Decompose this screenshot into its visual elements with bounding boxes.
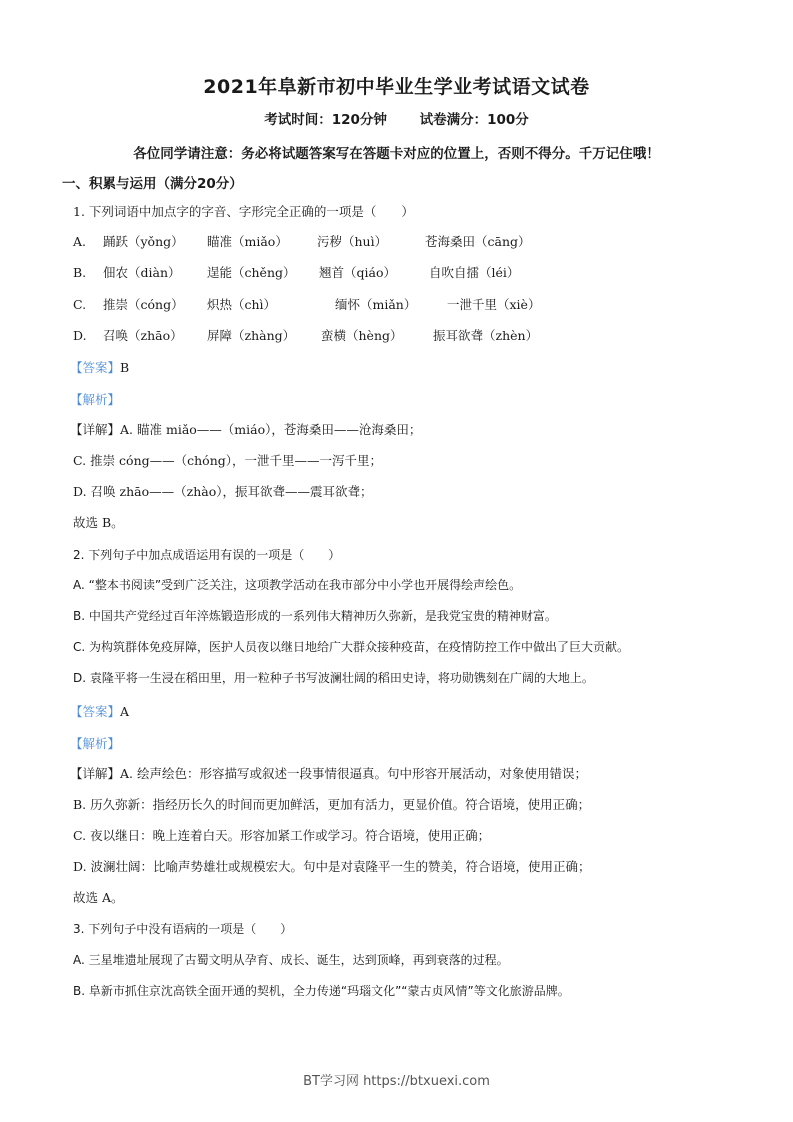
option-item: 屏障（zhàng） [207, 327, 321, 345]
q2-option-b: B. 中国共产党经过百年淬炼锻造形成的一系列伟大精神历久弥新，是我党宝贵的精神财… [73, 607, 557, 625]
q2-detail-4: D. 波澜壮阔：比喻声势雄壮或规模宏大。句中是对袁隆平一生的赞美，符合语境，使用… [73, 858, 591, 876]
q1-option-b: B.佃农（diàn）逞能（chěng）翘首（qiáo）自吹自擂（léi） [73, 264, 519, 282]
q1-stem: 1. 下列词语中加点字的字音、字形完全正确的一项是（ ） [73, 203, 414, 221]
q1-detail-2: C. 推崇 cóng——（chóng），一泄千里——一泻千里； [73, 452, 382, 470]
answer-label: 【答案】 [70, 360, 120, 375]
watermark-footer: BT学习网 https://btxuexi.com [0, 1070, 793, 1089]
notice: 各位同学请注意：务必将试题答案写在答题卡对应的位置上，否则不得分。千万记住哦！ [0, 142, 793, 162]
option-item: 逞能（chěng） [207, 264, 319, 282]
option-item: 振耳欲聋（zhèn） [433, 328, 538, 343]
q1-option-c: C.推崇（cóng）炽热（chì）缅怀（miǎn）一泄千里（xiè） [73, 296, 540, 314]
detail-text: A. 瞄准 miǎo——（miáo），苍海桑田——沧海桑田； [120, 422, 421, 437]
q3-option-b: B. 阜新市抓住京沈高铁全面开通的契机，全力传递“玛瑙文化”“蒙古贞风情”等文化… [73, 982, 570, 1000]
detail-label: 【详解】 [70, 766, 120, 781]
q2-option-a: A. “整本书阅读”受到广泛关注，这项教学活动在我市部分中小学也开展得绘声绘色。 [73, 576, 521, 594]
answer-label: 【答案】 [70, 704, 120, 719]
q1-detail-1: 【详解】A. 瞄准 miǎo——（miáo），苍海桑田——沧海桑田； [70, 421, 421, 439]
q3-option-a: A. 三星堆遗址展现了古蜀文明从孕育、成长、诞生，达到顶峰，再到衰落的过程。 [73, 951, 509, 969]
q2-stem: 2. 下列句子中加点成语运用有误的一项是（ ） [73, 546, 340, 564]
q2-answer: 【答案】A [70, 703, 129, 721]
answer-value: A [120, 704, 129, 719]
option-label: A. [73, 233, 103, 251]
q2-detail-2: B. 历久弥新：指经历长久的时间而更加鲜活，更加有活力，更显价值。符合语境，使用… [73, 796, 590, 814]
q2-option-c: C. 为构筑群体免疫屏障，医护人员夜以继日地给广大群众接种疫苗，在疫情防控工作中… [73, 638, 629, 656]
q2-detail-3: C. 夜以继日：晚上连着白天。形容加紧工作或学习。符合语境，使用正确； [73, 827, 490, 845]
q1-conclusion: 故选 B。 [73, 514, 124, 532]
detail-text: A. 绘声绘色：形容描写或叙述一段事情很逼真。句中形容开展活动，对象使用错误； [120, 766, 587, 781]
option-item: 自吹自擂（léi） [429, 265, 519, 280]
option-item: 苍海桑田（cāng） [425, 234, 531, 249]
option-item: 翘首（qiáo） [319, 264, 429, 282]
option-item: 污秽（huì） [317, 233, 425, 251]
option-item: 缅怀（miǎn） [335, 296, 447, 314]
section-title: 一、积累与运用（满分20分） [62, 172, 243, 192]
exam-time: 考试时间：120分钟 [264, 112, 387, 128]
q2-option-d: D. 袁隆平将一生浸在稻田里，用一粒种子书写波澜壮阔的稻田史诗，将功勋镌刻在广阔… [73, 669, 594, 687]
option-label: D. [73, 327, 103, 345]
option-item: 推崇（cóng） [103, 296, 207, 314]
q2-detail-1: 【详解】A. 绘声绘色：形容描写或叙述一段事情很逼真。句中形容开展活动，对象使用… [70, 765, 587, 783]
q1-detail-3: D. 召唤 zhāo——（zhào），振耳欲聋——震耳欲聋； [73, 483, 372, 501]
q3-stem: 3. 下列句子中没有语病的一项是（ ） [73, 920, 292, 938]
option-item: 一泄千里（xiè） [447, 297, 540, 312]
q1-analysis-label: 【解析】 [70, 391, 120, 409]
answer-value: B [120, 360, 129, 375]
q2-conclusion: 故选 A。 [73, 889, 124, 907]
q1-answer: 【答案】B [70, 359, 129, 377]
detail-label: 【详解】 [70, 422, 120, 437]
option-item: 炽热（chì） [207, 296, 335, 314]
option-label: B. [73, 264, 103, 282]
q2-analysis-label: 【解析】 [70, 735, 120, 753]
option-item: 踊跃（yǒng） [103, 233, 207, 251]
option-item: 瞄准（miǎo） [207, 233, 317, 251]
option-item: 召唤（zhāo） [103, 327, 207, 345]
option-label: C. [73, 296, 103, 314]
page-title: 2021年阜新市初中毕业生学业考试语文试卷 [0, 72, 793, 99]
q1-option-d: D.召唤（zhāo）屏障（zhàng）蛮横（hèng）振耳欲聋（zhèn） [73, 327, 538, 345]
exam-page: 2021年阜新市初中毕业生学业考试语文试卷 考试时间：120分钟 试卷满分：10… [0, 0, 793, 1122]
exam-info: 考试时间：120分钟 试卷满分：100分 [0, 108, 793, 128]
q1-option-a: A.踊跃（yǒng）瞄准（miǎo）污秽（huì）苍海桑田（cāng） [73, 233, 531, 251]
full-score: 试卷满分：100分 [420, 112, 529, 128]
option-item: 佃农（diàn） [103, 264, 207, 282]
option-item: 蛮横（hèng） [321, 327, 433, 345]
